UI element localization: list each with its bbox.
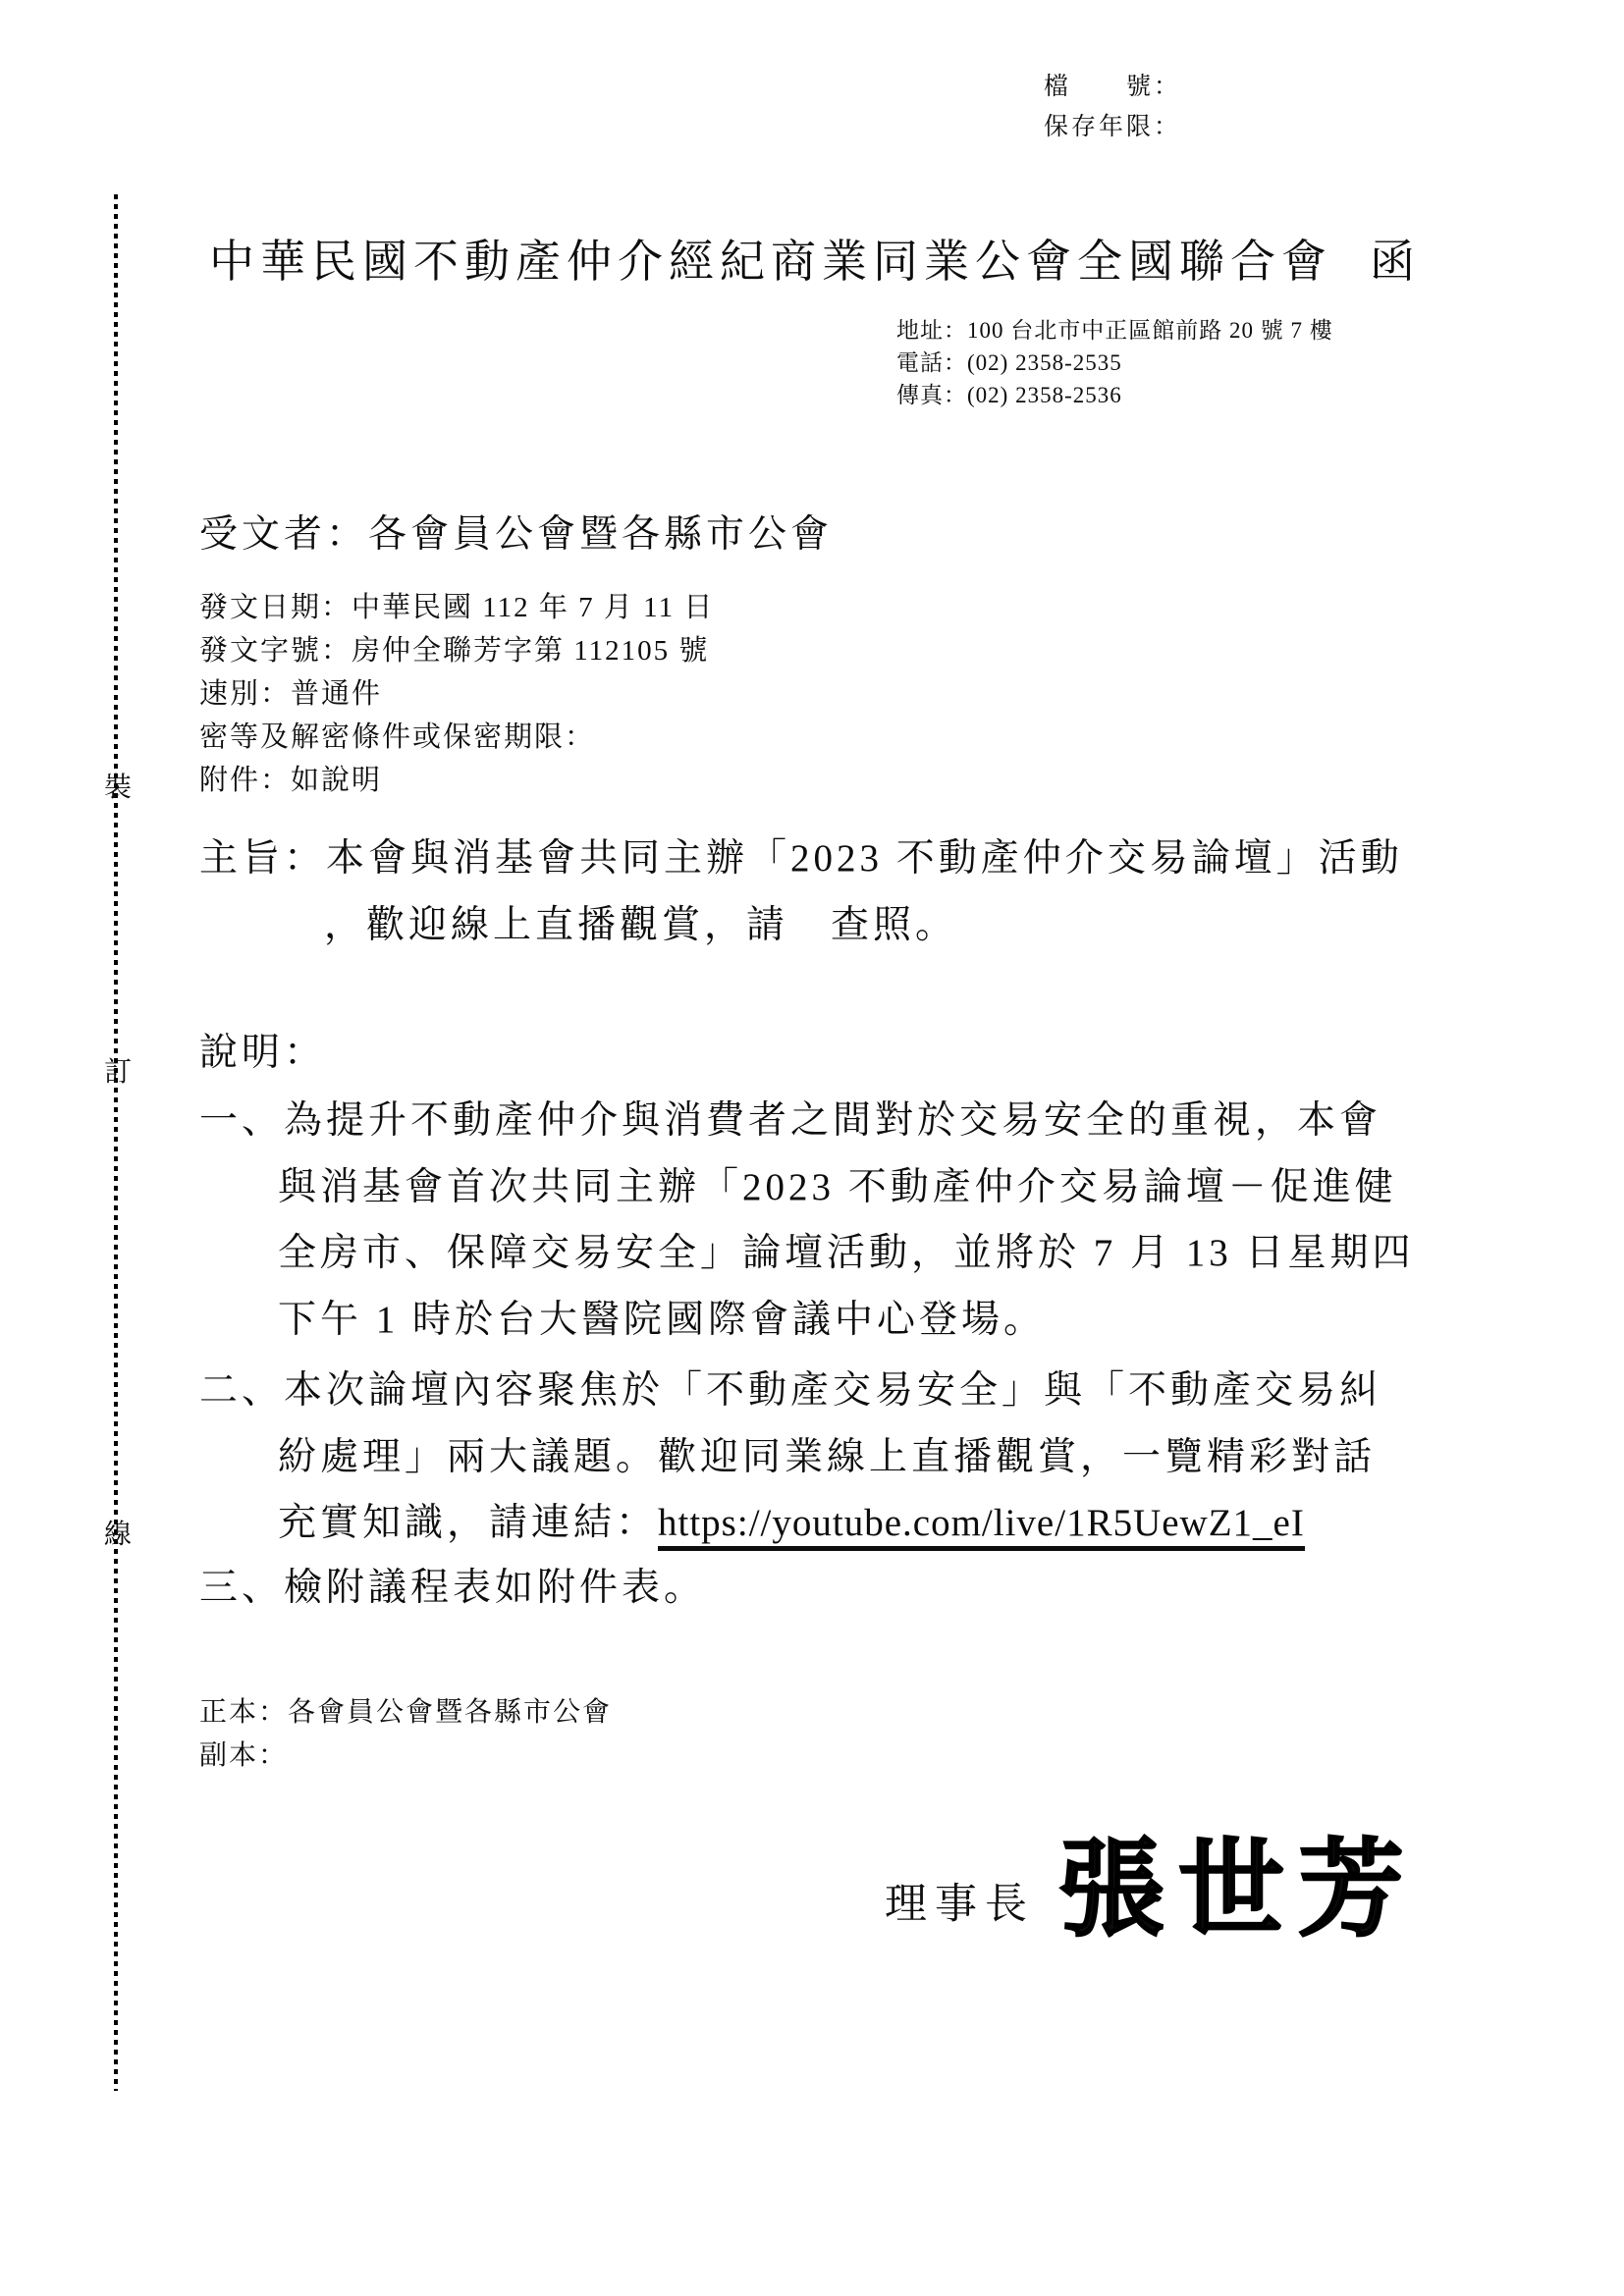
sender-address: 地址：100 台北市中正區館前路 20 號 7 樓 — [896, 314, 1333, 347]
sender-phone: 電話：(02) 2358-2535 — [896, 347, 1333, 379]
dispatch-secrecy: 密等及解密條件或保密期限： — [199, 716, 714, 759]
explanation-item1-line4: 下午 1 時於台大醫院國際會議中心登場。 — [278, 1289, 1046, 1344]
explanation-item3-line: 三、檢附議程表如附件表。 — [199, 1557, 706, 1612]
youtube-live-link[interactable]: https://youtube.com/live/1R5UewZ1_eI — [658, 1502, 1305, 1551]
file-number-label: 檔 號： — [1044, 67, 1181, 107]
duplicate-copy-line: 副本： — [199, 1735, 612, 1778]
subject-line-2: ，歡迎線上直播觀賞，請 查照。 — [324, 894, 957, 949]
explanation-item2-line3: 充實知識，請連結：https://youtube.com/live/1R5Uew… — [278, 1492, 1305, 1547]
dispatch-attachment: 附件：如說明 — [199, 759, 714, 802]
binding-char-ding: 訂 — [96, 1050, 139, 1090]
signer-name: 張世芳 — [1058, 1804, 1418, 1956]
copies-block: 正本：各會員公會暨各縣市公會 副本： — [199, 1691, 612, 1778]
official-letter-page: 檔 號： 保存年限： 中華民國不動產仲介經紀商業同業公會全國聯合會函 地址：10… — [0, 0, 1624, 2296]
explanation-heading: 說明： — [199, 1022, 326, 1077]
letter-title: 中華民國不動產仲介經紀商業同業公會全國聯合會函 — [209, 226, 1421, 291]
org-name: 中華民國不動產仲介經紀商業同業公會全國聯合會 — [209, 237, 1332, 287]
explanation-item1-line1: 一、為提升不動產仲介與消費者之間對於交易安全的重視，本會 — [199, 1090, 1381, 1145]
dispatch-meta-block: 發文日期：中華民國 112 年 7 月 11 日 發文字號：房仲全聯芳字第 11… — [199, 586, 714, 802]
binding-char-zhuang: 裝 — [96, 766, 139, 805]
dispatch-speed: 速別：普通件 — [199, 672, 714, 716]
file-number-block: 檔 號： 保存年限： — [1044, 67, 1181, 147]
explanation-item2-line1: 二、本次論壇內容聚焦於「不動產交易安全」與「不動產交易糾 — [199, 1360, 1381, 1415]
sender-fax: 傳真：(02) 2358-2536 — [896, 379, 1333, 411]
doc-type: 函 — [1370, 237, 1421, 287]
retention-period-label: 保存年限： — [1044, 107, 1181, 147]
dispatch-number: 發文字號：房仲全聯芳字第 112105 號 — [199, 629, 714, 672]
explanation-item1-line3: 全房市、保障交易安全」論壇活動，並將於 7 月 13 日星期四 — [278, 1222, 1415, 1277]
signer-title: 理事長 — [885, 1871, 1035, 1931]
binding-char-xian: 線 — [96, 1513, 139, 1552]
recipient-line: 受文者：各會員公會暨各縣市公會 — [199, 504, 833, 559]
binding-dashed-line — [114, 194, 118, 2091]
explanation-item1-line2: 與消基會首次共同主辦「2023 不動產仲介交易論壇－促進健 — [278, 1156, 1397, 1211]
explanation-item2-line2: 紛處理」兩大議題。歡迎同業線上直播觀賞，一覽精彩對話 — [278, 1426, 1376, 1481]
sender-contact-block: 地址：100 台北市中正區館前路 20 號 7 樓 電話：(02) 2358-2… — [896, 314, 1333, 411]
link-prefix-text: 充實知識，請連結： — [278, 1502, 658, 1544]
original-copy-line: 正本：各會員公會暨各縣市公會 — [199, 1691, 612, 1735]
subject-line-1: 主旨：本會與消基會共同主辦「2023 不動產仲介交易論壇」活動 — [199, 828, 1403, 882]
dispatch-date: 發文日期：中華民國 112 年 7 月 11 日 — [199, 586, 714, 629]
